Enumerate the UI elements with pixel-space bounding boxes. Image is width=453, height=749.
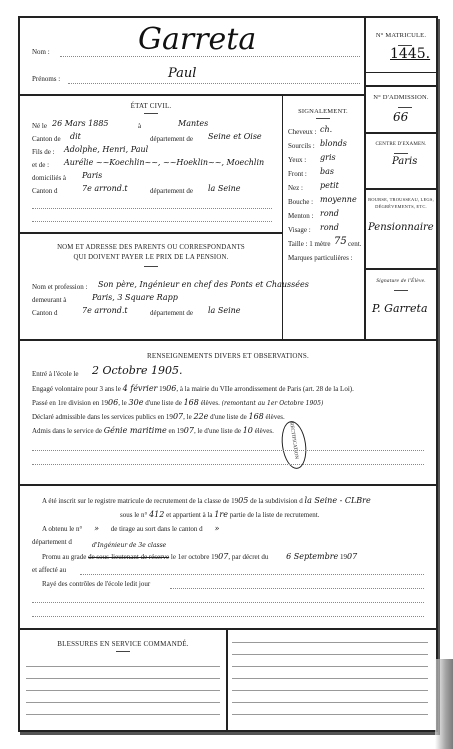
admission-label: N° D'ADMISSION. [366,94,436,101]
departement-label: département de [150,135,193,143]
divider [366,85,436,87]
declare-total: 168 [249,412,264,421]
prenoms-value: Paul [168,66,196,81]
ruled-line [232,666,428,667]
departement2-label: département de [150,187,193,195]
menton-label: Menton : [288,212,313,220]
engage-label: Engagé volontaire pour 3 ans le [32,385,121,393]
divider-tick [144,113,158,114]
divider-tick [116,651,130,652]
raye-label: Rayé des contrôles de l'école ledit jour [42,580,150,588]
demeurant-value: Paris, 3 Square Rapp [92,293,178,302]
subdivision-label: de la subdivision d [250,497,303,505]
partie-label: partie de la liste de recrutement. [230,511,320,519]
admis-label: Admis dans le service de [32,427,102,435]
decret-year: 07 [347,552,357,561]
ruled-line [232,690,428,691]
right-column-divider [364,18,366,339]
signalement-title: SIGNALEMENT. [282,108,364,115]
passe-rank: 30e [129,398,144,407]
bouche-label: Bouche : [288,198,313,206]
decret-label: , par décret du [228,553,268,561]
divider-tick [316,118,330,119]
registration-sheet: Nom : Garreta Prénoms : Paul N° MATRICUL… [18,16,438,732]
ruled-line [26,678,220,679]
domicilies-value: Paris [82,171,102,180]
menton-value: rond [320,209,339,218]
passe-le: , le [118,399,127,407]
parents-departement-label: département de [150,309,193,317]
bourse-label: BOURSE, TROUSSEAU, LEGS, DÉGRÈVEMENTS, E… [366,196,436,210]
divider-tick [394,290,408,291]
profession-value: Son père, Ingénieur en chef des Ponts et… [98,280,309,289]
passe-line: Passé en 1re division en 1906, le 30e d'… [32,398,323,407]
engage-year: 06 [166,384,176,393]
dotted-line [32,616,424,617]
parents-title-line1: NOM ET ADRESSE DES PARENTS OU CORRESPOND… [20,244,282,251]
visage-value: rond [320,223,339,232]
divider [366,72,436,73]
scan-edge-shadow [435,659,453,749]
divider [20,484,436,486]
nom-value: Garreta [138,22,256,57]
divider-tick [398,107,412,108]
passe-label: Passé en 1re division en 19 [32,399,108,407]
a-value: Mantes [178,119,208,128]
canton-label: Canton de [32,135,61,143]
parents-canton-label: Canton d [32,309,57,317]
inscrit-line: A été inscrit sur le registre matricule … [42,496,371,505]
declare-rank: 22e [193,412,208,421]
declare-liste: d'une liste de [210,413,247,421]
promu-line: Promu au grade de sous-lieutenant de rés… [42,552,357,561]
centre-examen-value: Paris [392,156,417,167]
admis-service: Génie maritime [104,426,167,435]
sourcils-value: blonds [320,139,347,148]
admis-eleves: élèves. [255,427,274,435]
obtenu-label: A obtenu le n° [42,525,82,533]
departement2-value: la Seine [208,184,241,193]
blessures-title: BLESSURES EN SERVICE COMMANDÉ. [20,640,226,648]
admis-line: Admis dans le service de Génie maritime … [32,426,274,435]
ruled-line [232,678,428,679]
blessures-divider [226,630,228,730]
ruled-line [26,702,220,703]
passe-liste: d'une liste de [145,399,182,407]
sourcils-label: Sourcils : [288,142,315,150]
appartient-label: et appartient à la [166,511,212,519]
subdivision-value: la Seine - CLBre [305,496,371,505]
dotted-line [170,588,424,589]
promu-year: 07 [218,552,228,561]
visage-label: Visage : [288,226,311,234]
ne-le-value: 26 Mars 1885 [52,119,109,128]
declare-eleves: élèves. [266,413,285,421]
engage-date: 4 février [123,384,158,393]
matricule-label: N° MATRICULE. [366,32,436,39]
departement-value: Seine et Oise [208,132,262,141]
signalement-divider [282,96,283,339]
fils-de-label: Fils de : [32,148,55,156]
signature-label: Signature de l'Élève. [366,278,436,284]
signature-value: P. Garreta [372,302,428,315]
parents-title-line2: QUI DOIVENT PAYER LE PRIX DE LA PENSION. [20,254,282,261]
passe-eleves: élèves. [201,399,220,407]
taille-unit: cent. [348,240,361,248]
divider [366,268,436,270]
dotted-line [32,221,272,222]
centre-examen-label: CENTRE D'EXAMEN. [366,142,436,147]
rectification-stamp: RECTIFICATION [279,420,309,471]
declare-le: , le [183,413,192,421]
divider-tick [144,266,158,267]
dotted-line [32,464,424,465]
canton-value: dit [70,132,81,141]
engage-line: Engagé volontaire pour 3 ans le 4 févrie… [32,384,354,393]
admis-en: en 19 [168,427,183,435]
dotted-line [32,450,424,451]
front-label: Front : [288,170,307,178]
passe-note: (remontant au 1er Octobre 1905) [222,400,324,407]
sous-le-line: sous le n° 412 et appartient à la 1re pa… [120,510,320,519]
marques-label: Marques particulières : [288,254,353,262]
divider-tick [394,153,408,154]
appartient-value: 1re [214,510,228,519]
nez-value: petit [320,181,339,190]
prenoms-line [68,83,360,84]
obtenu-value: » [84,524,109,533]
divider [366,188,436,190]
divider [20,94,364,96]
sous-le-value: 412 [149,510,164,519]
prenoms-label: Prénoms : [32,75,60,83]
admission-value: 66 [393,110,408,124]
a-label: à [138,122,141,130]
nom-label: Nom : [32,48,50,56]
ruled-line [232,714,428,715]
engage-suffix: , à la mairie du VIIe arrondissement de … [176,385,354,393]
admis-liste: d'une liste de [204,427,241,435]
etat-civil-title: ÉTAT CIVIL. [20,102,282,110]
divider [20,628,436,630]
obtenu-line: A obtenu le n° » de tirage au sort dans … [42,524,229,533]
sous-le-label: sous le n° [120,511,147,519]
decret-year-prefix: 19 [340,553,347,561]
matricule-value: 1445. [390,46,430,62]
affecte-label: et affecté au [32,566,66,574]
fils-de-value: Adolphe, Henri, Paul [64,145,148,154]
dotted-line [32,602,424,603]
promu-struck: de sous-lieutenant de réserve [88,553,169,561]
et-de-value: Aurélie ~~Koechlin~~, ~~Hoeklin~~, Moech… [64,158,264,167]
recrutement-departement-label: département d [32,538,72,546]
ruled-line [26,666,220,667]
ne-le-label: Né le [32,122,47,130]
ruled-line [232,642,428,643]
decret-value: 6 Septembre [270,552,338,561]
nez-label: Nez : [288,184,303,192]
cheveux-value: ch. [320,125,332,134]
yeux-label: Yeux : [288,156,306,164]
ruled-line [232,702,428,703]
yeux-value: gris [320,153,336,162]
declare-year: 07 [173,412,183,421]
bourse-value: Pensionnaire [368,222,434,233]
dotted-line [80,574,424,575]
front-value: bas [320,167,334,176]
admis-year: 07 [184,426,194,435]
divider [366,132,436,134]
classe-year: 05 [238,496,248,505]
tirage-label: de tirage au sort dans le canton d [111,525,203,533]
stamp-text: RECTIFICATION [287,422,299,460]
taille-label: Taille : 1 mètre [288,240,330,248]
profession-label: Nom et profession : [32,283,87,291]
renseignements-title: RENSEIGNEMENTS DIVERS ET OBSERVATIONS. [20,352,436,360]
parents-canton-value: 7e arrond.t [82,306,128,315]
dotted-line [32,208,272,209]
promu-inserted: d'Ingénieur de 3e classe [92,542,166,549]
entre-value: 2 Octobre 1905. [92,364,183,377]
admis-le: , le [194,427,203,435]
domicilies-label: domiciliés à [32,174,66,182]
ruled-line [232,654,428,655]
ruled-line [26,690,220,691]
admis-total: 10 [243,426,253,435]
taille-value: 75 [334,236,347,247]
ruled-line [26,714,220,715]
passe-year: 06 [108,398,118,407]
tirage-value: » [204,524,229,533]
bouche-value: moyenne [320,195,357,204]
inscrit-label: A été inscrit sur le registre matricule … [42,497,238,505]
declare-line: Déclaré admissible dans les services pub… [32,412,285,421]
demeurant-label: demeurant à [32,296,66,304]
et-de-label: et de : [32,161,49,169]
parents-departement-value: la Seine [208,306,241,315]
divider [20,232,282,234]
passe-total: 168 [184,398,199,407]
cheveux-label: Cheveux : [288,128,317,136]
promu-date-label: le 1er octobre 19 [171,553,218,561]
promu-label: Promu au grade [42,553,86,561]
divider [20,339,436,341]
declare-label: Déclaré admissible dans les services pub… [32,413,173,421]
entre-label: Entré à l'école le [32,370,79,378]
canton2-value: 7e arrond.t [82,184,128,193]
canton2-label: Canton d [32,187,57,195]
